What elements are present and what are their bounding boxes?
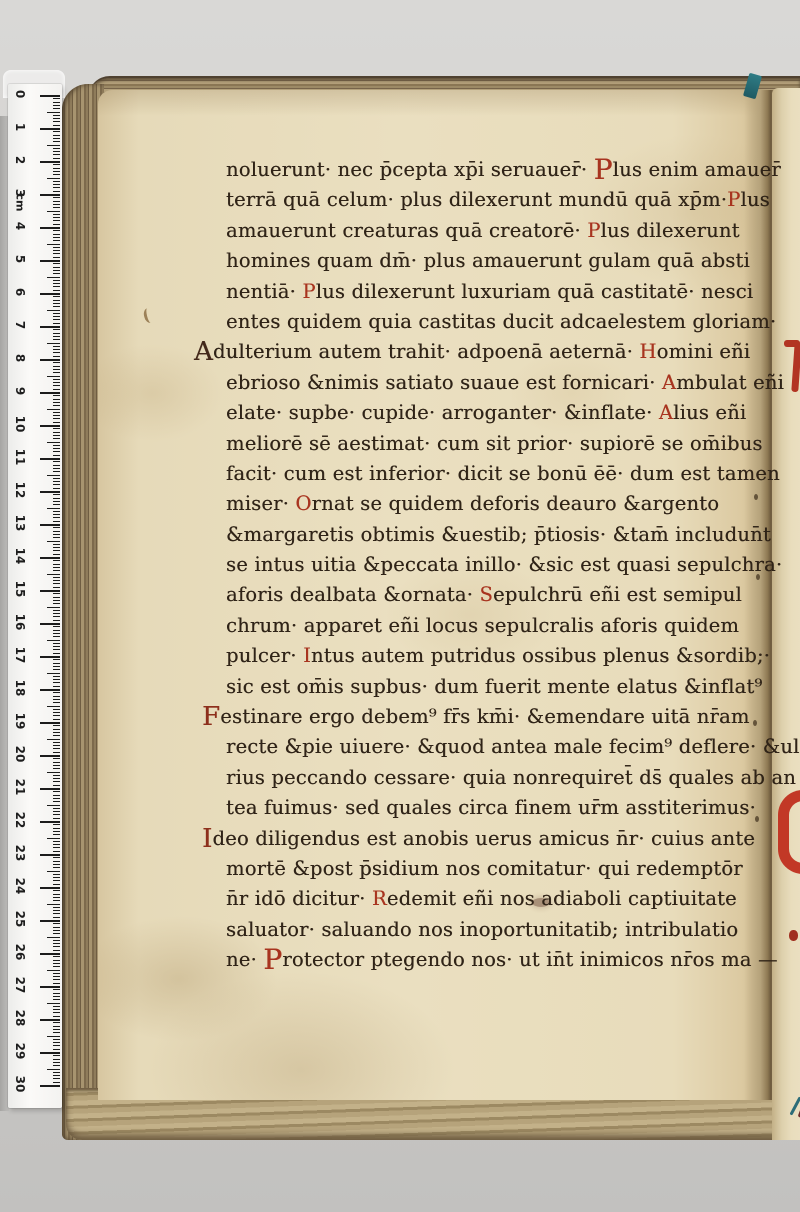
ruler-tick <box>53 1026 60 1027</box>
ruler-tick <box>47 145 60 146</box>
manuscript-text: homines quam dm̄· plus amauerunt gulam q… <box>226 249 750 272</box>
ruler-tick <box>53 956 60 957</box>
manuscript-line: sic est om̄is supbus· dum fuerit mente e… <box>226 672 751 702</box>
ruler-tick <box>53 201 60 202</box>
ruler-tick <box>53 712 60 713</box>
ruler-tick <box>53 679 60 680</box>
ruler-tick <box>53 148 60 149</box>
ruler-tick <box>53 907 60 908</box>
ruler-tick <box>53 702 60 703</box>
ruler-tick <box>40 1019 60 1021</box>
ruler-tick <box>53 346 60 347</box>
ruler-tick <box>53 867 60 868</box>
ruler-tick <box>53 709 60 710</box>
ruler-tick <box>47 178 60 179</box>
manuscript-line: rius peccando cessare· quia nonrequiret̄… <box>226 763 751 793</box>
ruler-label: 17 <box>13 645 27 665</box>
ruler-tick <box>53 910 60 911</box>
ruler-tick <box>53 778 60 779</box>
manuscript-line: chrum· apparet eñi locus sepulcralis afo… <box>226 611 751 641</box>
ruler-label: 8 <box>13 348 27 368</box>
ruler-tick <box>53 1032 60 1033</box>
facing-page-red-initial-fragment <box>789 930 798 941</box>
ruler-label: 4 <box>13 216 27 236</box>
ruler-label: 12 <box>13 480 27 500</box>
ruler-tick <box>53 669 60 670</box>
ruler-tick <box>53 306 60 307</box>
ruler-tick <box>53 824 60 825</box>
ruler-tick <box>53 102 60 103</box>
ruler-tick <box>53 1009 60 1010</box>
ruler-tick <box>40 986 60 988</box>
ruler-tick <box>53 818 60 819</box>
ruler-tick <box>53 600 60 601</box>
ruler-tick <box>53 699 60 700</box>
ruler-tick <box>53 531 60 532</box>
manuscript-text: chrum· apparet eñi locus sepulcralis afo… <box>226 614 739 637</box>
ruler-tick <box>53 181 60 182</box>
ruler-tick <box>40 623 60 625</box>
ruler-tick <box>53 620 60 621</box>
ruler-tick <box>40 227 60 229</box>
manuscript-text: mortē &post p̄sidium nos comitatur· qui … <box>226 857 743 880</box>
ruler-tick <box>53 125 60 126</box>
ruler-tick <box>53 798 60 799</box>
ruler-tick <box>53 362 60 363</box>
ruler-tick <box>53 791 60 792</box>
gutter-speck <box>754 494 758 500</box>
ruler-tick <box>53 521 60 522</box>
ruler-tick <box>53 1042 60 1043</box>
ruler-tick <box>53 313 60 314</box>
manuscript-text: rotector ptegendo nos· ut in̄t inimicos … <box>282 948 777 971</box>
ruler-tick <box>53 976 60 977</box>
ruler-tick <box>53 646 60 647</box>
manuscript-text: dulterium autem trahit· adpoenā aeternā· <box>213 340 639 363</box>
manuscript-text: edemit eñi nos adiaboli captiuitate <box>387 887 737 910</box>
manuscript-text: lus dilexerunt luxuriam quā castitatē· n… <box>316 280 754 303</box>
ruler-tick <box>53 834 60 835</box>
ruler-tick <box>53 999 60 1000</box>
ruler-tick <box>53 405 60 406</box>
ruler-tick <box>53 207 60 208</box>
ruler-label: 29 <box>13 1041 27 1061</box>
facing-page-edge <box>772 88 800 1140</box>
ruler-tick <box>53 758 60 759</box>
manuscript-line: &margaretis obtimis &uestib; p̄tiosis· &… <box>226 520 751 550</box>
ruler-tick <box>53 118 60 119</box>
ruler-tick <box>53 273 60 274</box>
ruler-tick <box>53 300 60 301</box>
ruler-tick <box>40 953 60 955</box>
ruler-tick <box>53 517 60 518</box>
ruler-tick <box>40 161 60 163</box>
ruler-tick <box>53 448 60 449</box>
rubric-initial: I <box>202 824 212 854</box>
ruler-tick <box>47 574 60 575</box>
ruler-tick <box>53 445 60 446</box>
ruler-tick <box>53 653 60 654</box>
ruler-tick <box>53 352 60 353</box>
ruler-tick <box>53 752 60 753</box>
manuscript-line: elate· supbe· cupide· arroganter· &infla… <box>226 398 751 428</box>
manuscript-line: recte &pie uiuere· &quod antea male feci… <box>226 732 751 762</box>
ruler-tick <box>47 1069 60 1070</box>
ruler-tick <box>53 339 60 340</box>
ruler-tick <box>53 877 60 878</box>
ruler-tick <box>53 372 60 373</box>
ruler-tick <box>40 491 60 493</box>
ruler-tick <box>53 659 60 660</box>
ruler-tick <box>47 904 60 905</box>
rubric-initial: O <box>295 492 311 515</box>
manuscript-text: recte &pie uiuere· &quod antea male feci… <box>226 735 800 758</box>
ruler-tick <box>53 1006 60 1007</box>
ruler-tick <box>47 475 60 476</box>
ruler-label: 2 <box>13 150 27 170</box>
ruler-tick <box>53 484 60 485</box>
ruler-tick <box>53 488 60 489</box>
manuscript-line: meliorē sē aestimat· cum sit prior· supi… <box>226 429 751 459</box>
ruler-tick <box>47 673 60 674</box>
ruler-tick <box>53 471 60 472</box>
ruler-tick <box>53 468 60 469</box>
ruler-tick <box>53 395 60 396</box>
ruler-tick <box>53 217 60 218</box>
ruler-tick <box>40 722 60 724</box>
ruler-tick <box>40 689 60 691</box>
manuscript-text: ebrioso &nimis satiato suaue est fornica… <box>226 371 662 394</box>
ruler-tick <box>40 194 60 196</box>
ruler-tick <box>53 979 60 980</box>
ruler-tick <box>40 1052 60 1054</box>
ruler-tick <box>47 706 60 707</box>
ruler-tick <box>53 897 60 898</box>
manuscript-text: miser· <box>226 492 295 515</box>
ruler-tick <box>53 682 60 683</box>
rubric-initial: R <box>372 887 387 910</box>
ruler-tick <box>53 544 60 545</box>
ruler-tick <box>53 428 60 429</box>
ruler-label: 16 <box>13 612 27 632</box>
ruler-tick <box>53 828 60 829</box>
ruler-tick <box>53 973 60 974</box>
manuscript-text: ne· <box>226 948 263 971</box>
endband-threads <box>754 1086 800 1142</box>
ruler-tick <box>53 224 60 225</box>
ruler-tick <box>47 112 60 113</box>
manuscript-text: &margaretis obtimis &uestib; p̄tiosis· &… <box>226 523 771 546</box>
ruler-label: 18 <box>13 678 27 698</box>
ruler-tick <box>53 385 60 386</box>
ruler-tick <box>53 333 60 334</box>
manuscript-line: saluator· saluando nos inoportunitatib; … <box>226 915 751 945</box>
ruler-tick <box>47 541 60 542</box>
ruler-tick <box>53 732 60 733</box>
ruler-tick <box>53 765 60 766</box>
ruler-label: 26 <box>13 942 27 962</box>
manuscript-line: n̄r idō dicitur· Redemit eñi nos adiabol… <box>226 884 751 914</box>
ruler-tick <box>53 131 60 132</box>
manuscript-line: pulcer· Intus autem putridus ossibus ple… <box>226 641 751 671</box>
ruler-tick <box>53 900 60 901</box>
ruler-tick <box>53 253 60 254</box>
ruler-tick <box>53 1039 60 1040</box>
ruler-tick <box>40 854 60 856</box>
ruler-tick <box>53 1082 60 1083</box>
ruler-tick <box>53 296 60 297</box>
ruler-tick <box>53 184 60 185</box>
rubric-initial: A <box>659 401 673 424</box>
ruler-tick <box>53 534 60 535</box>
manuscript-text: lus dilexerunt <box>601 219 740 242</box>
ruler-label: 9 <box>13 381 27 401</box>
ruler-tick <box>53 930 60 931</box>
ruler-tick <box>53 240 60 241</box>
ruler-label: 6 <box>13 282 27 302</box>
ruler-tick <box>40 788 60 790</box>
ruler-tick <box>53 715 60 716</box>
ruler-tick <box>53 1072 60 1073</box>
ruler-tick <box>40 326 60 328</box>
manuscript-text: pulcer· <box>226 644 303 667</box>
rubric-initial: P <box>594 153 613 186</box>
ruler-tick <box>53 366 60 367</box>
ruler-tick <box>53 138 60 139</box>
ruler-tick <box>40 920 60 922</box>
rubric-initial: A <box>662 371 676 394</box>
ruler-tick <box>53 884 60 885</box>
ruler-tick <box>53 950 60 951</box>
ruler-tick <box>53 303 60 304</box>
ruler-tick <box>53 610 60 611</box>
ruler-tick <box>53 966 60 967</box>
ruler-tick <box>47 244 60 245</box>
ruler-label: 10 <box>13 414 27 434</box>
ruler-tick <box>53 587 60 588</box>
ruler-tick <box>53 564 60 565</box>
manuscript-text: entes quidem quia castitas ducit adcaele… <box>226 310 776 333</box>
ruler-tick <box>40 293 60 295</box>
ruler-tick <box>40 128 60 130</box>
ruler-tick <box>53 316 60 317</box>
ruler-tick <box>47 772 60 773</box>
ruler-label: 21 <box>13 777 27 797</box>
ruler-tick <box>53 270 60 271</box>
ruler-tick <box>53 940 60 941</box>
ruler-tick <box>53 451 60 452</box>
ruler-tick <box>53 567 60 568</box>
ruler-label: 24 <box>13 876 27 896</box>
ruler-tick <box>53 696 60 697</box>
ruler-tick <box>53 923 60 924</box>
ruler-tick <box>53 960 60 961</box>
manuscript-text: aforis dealbata &ornata· <box>226 583 479 606</box>
ruler-tick <box>53 874 60 875</box>
ruler-tick <box>53 880 60 881</box>
ruler-tick <box>40 524 60 526</box>
ruler-tick <box>53 319 60 320</box>
manuscript-photo: cm 0123456789101112131415161718192021222… <box>0 0 800 1212</box>
manuscript-line: Festinare ergo debem⁹ fr̄s km̄i· &emenda… <box>226 702 751 732</box>
ruler-tick <box>53 115 60 116</box>
ruler-tick <box>40 887 60 889</box>
ruler-tick <box>53 537 60 538</box>
gutter-speck <box>753 720 757 726</box>
ruler-tick <box>53 616 60 617</box>
manuscript-text: omini eñi <box>657 340 751 363</box>
ruler-tick <box>53 762 60 763</box>
ruler-tick <box>53 768 60 769</box>
ruler-tick <box>53 257 60 258</box>
ruler-tick <box>53 890 60 891</box>
ruler-tick <box>53 514 60 515</box>
ruler-tick <box>53 554 60 555</box>
ruler-tick <box>53 649 60 650</box>
ruler-tick <box>53 187 60 188</box>
ruler-tick <box>53 168 60 169</box>
ruler-tick <box>53 913 60 914</box>
ruler-tick <box>53 1062 60 1063</box>
manuscript-line: homines quam dm̄· plus amauerunt gulam q… <box>226 246 751 276</box>
ruler-tick <box>53 191 60 192</box>
manuscript-text: n̄r idō dicitur· <box>226 887 372 910</box>
ruler-tick <box>53 917 60 918</box>
ruler-tick <box>53 1045 60 1046</box>
manuscript-line: tea fuimus· sed quales circa finem ur̄m … <box>226 793 751 823</box>
ruler-tick <box>47 310 60 311</box>
ruler-tick <box>53 481 60 482</box>
ruler-tick <box>47 343 60 344</box>
ruler-tick <box>53 745 60 746</box>
ruler-tick <box>53 781 60 782</box>
ruler-tick <box>53 135 60 136</box>
ruler-tick <box>53 996 60 997</box>
manuscript-text: rnat se quidem deforis deauro &argento <box>312 492 720 515</box>
ruler-tick <box>53 1055 60 1056</box>
ruler-tick <box>47 409 60 410</box>
ruler-tick <box>53 580 60 581</box>
ruler-tick <box>53 725 60 726</box>
ruler-tick <box>53 560 60 561</box>
ruler-tick <box>53 418 60 419</box>
ruler-tick <box>53 382 60 383</box>
manuscript-text: lus enim amauer̄ <box>613 158 781 181</box>
ruler-tick <box>53 158 60 159</box>
ruler-tick <box>53 983 60 984</box>
rubric-initial: P <box>727 188 740 211</box>
ruler-label: 7 <box>13 315 27 335</box>
ruler-tick <box>53 220 60 221</box>
ruler-tick <box>53 494 60 495</box>
ruler-tick <box>53 577 60 578</box>
manuscript-text: estinare ergo debem⁹ fr̄s km̄i· &emendar… <box>220 705 749 728</box>
ruler-tick <box>40 821 60 823</box>
ruler-tick <box>53 389 60 390</box>
ruler-tick <box>47 211 60 212</box>
ruler-tick <box>53 583 60 584</box>
ruler-label: 23 <box>13 843 27 863</box>
manuscript-line: facit· cum est inferior· dicit se bonū ē… <box>226 459 751 489</box>
ruler-tick <box>40 1085 60 1087</box>
manuscript-text: se intus uitia &peccata inillo· &sic est… <box>226 553 782 576</box>
ruler-label: 25 <box>13 909 27 929</box>
ruler-label: 19 <box>13 711 27 731</box>
ruler-tick <box>53 735 60 736</box>
ruler-tick <box>53 438 60 439</box>
manuscript-line: Ideo diligendus est anobis uerus amicus … <box>226 824 751 854</box>
manuscript-text: noluerunt· nec p̄cepta xp̄i seruauer̄· <box>226 158 594 181</box>
ruler-tick <box>53 280 60 281</box>
ruler-tick <box>53 336 60 337</box>
manuscript-text: epulchrū eñi est semipul <box>493 583 742 606</box>
ruler-tick <box>53 831 60 832</box>
manuscript-line: amauerunt creaturas quā creatorē· Plus d… <box>226 216 751 246</box>
ruler-tick <box>53 1012 60 1013</box>
ruler-tick <box>53 356 60 357</box>
ruler-tick <box>53 1078 60 1079</box>
ruler-tick <box>40 425 60 427</box>
ruler-tick <box>53 801 60 802</box>
ruler-tick <box>53 174 60 175</box>
manuscript-line: se intus uitia &peccata inillo· &sic est… <box>226 550 751 580</box>
ruler-tick <box>53 263 60 264</box>
ruler-tick <box>40 458 60 460</box>
ruler-tick <box>53 412 60 413</box>
manuscript-line: terrā quā celum· plus dilexerunt mundū q… <box>226 185 751 215</box>
ruler-tick <box>53 933 60 934</box>
ruler-tick <box>53 399 60 400</box>
ruler-tick <box>47 1036 60 1037</box>
manuscript-text: lus <box>740 188 769 211</box>
ruler-tick <box>53 379 60 380</box>
ruler-tick <box>53 636 60 637</box>
ruler-tick <box>40 359 60 361</box>
ruler-tick <box>53 692 60 693</box>
ruler-tick <box>40 656 60 658</box>
ruler-tick <box>53 323 60 324</box>
ruler-tick <box>53 250 60 251</box>
ruler-label: 0 <box>13 84 27 104</box>
ruler-tick <box>53 1075 60 1076</box>
ruler-tick <box>53 742 60 743</box>
manuscript-line: noluerunt· nec p̄cepta xp̄i seruauer̄· P… <box>226 155 751 185</box>
ruler-tick <box>53 402 60 403</box>
ruler-tick <box>47 1003 60 1004</box>
ruler-tick <box>40 260 60 262</box>
ruler-tick <box>47 937 60 938</box>
ruler-tick <box>53 121 60 122</box>
ruler-tick <box>47 442 60 443</box>
ruler-tick <box>53 643 60 644</box>
ruler-tick <box>53 1022 60 1023</box>
text-block: noluerunt· nec p̄cepta xp̄i seruauer̄· P… <box>226 155 751 976</box>
ruler-label: 3 <box>13 183 27 203</box>
ruler-tick <box>53 237 60 238</box>
ruler-tick <box>53 894 60 895</box>
rubric-initial: P <box>302 280 315 303</box>
manuscript-text: ntus autem putridus ossibus plenus &sord… <box>311 644 770 667</box>
ruler-tick <box>53 98 60 99</box>
ruler-tick <box>47 805 60 806</box>
rubric-initial: P <box>263 943 282 976</box>
ruler-tick <box>40 557 60 559</box>
manuscript-text: facit· cum est inferior· dicit se bonū ē… <box>226 462 780 485</box>
ruler-tick <box>53 105 60 106</box>
ruler-tick <box>53 498 60 499</box>
ruler-tick <box>53 214 60 215</box>
ruler-tick <box>53 1029 60 1030</box>
